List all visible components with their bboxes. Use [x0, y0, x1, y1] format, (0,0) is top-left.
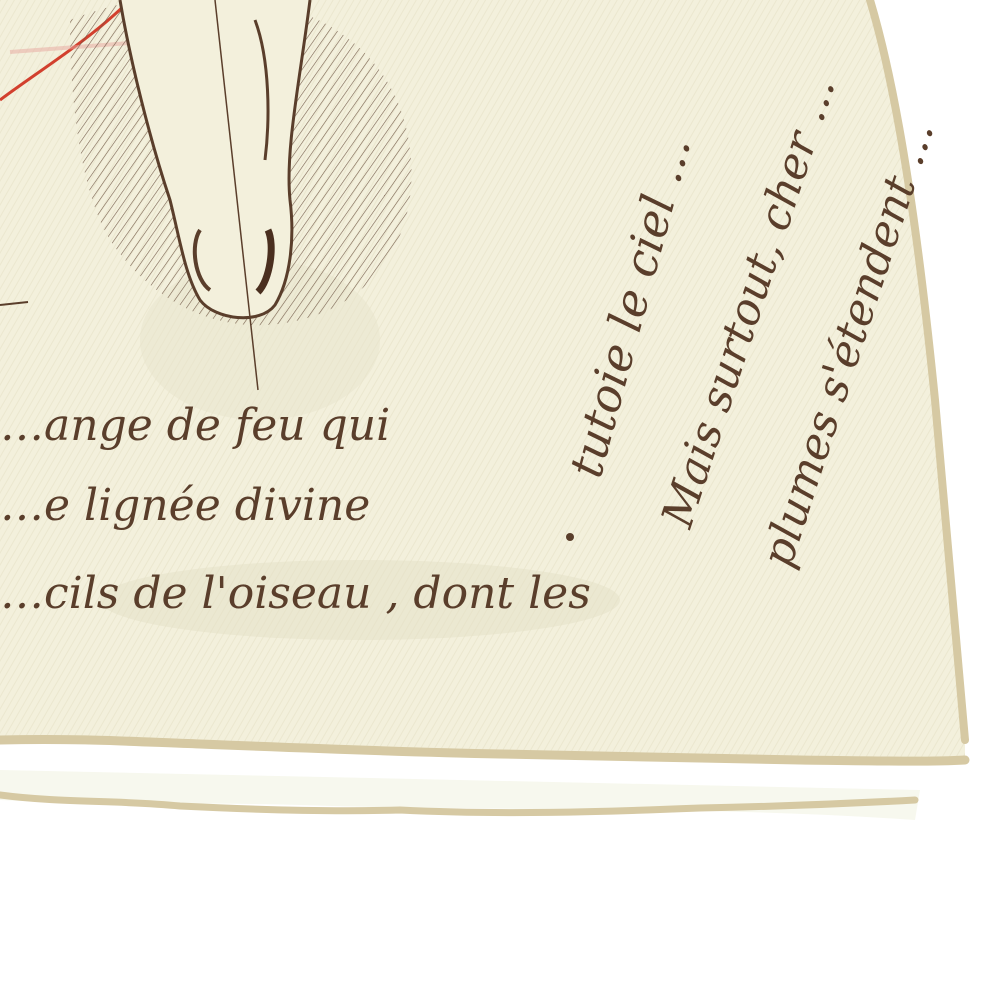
handwriting-dot [566, 533, 574, 541]
scarf-underlayer [0, 770, 920, 820]
handwriting-line-3: …cils de l'oiseau , dont les [0, 568, 591, 619]
handwriting-line-1: …ange de feu qui [0, 400, 390, 451]
scarf-photo: …ange de feu qui …e lignée divine …cils … [0, 0, 1000, 1000]
handwriting-line-2: …e lignée divine [0, 480, 370, 531]
